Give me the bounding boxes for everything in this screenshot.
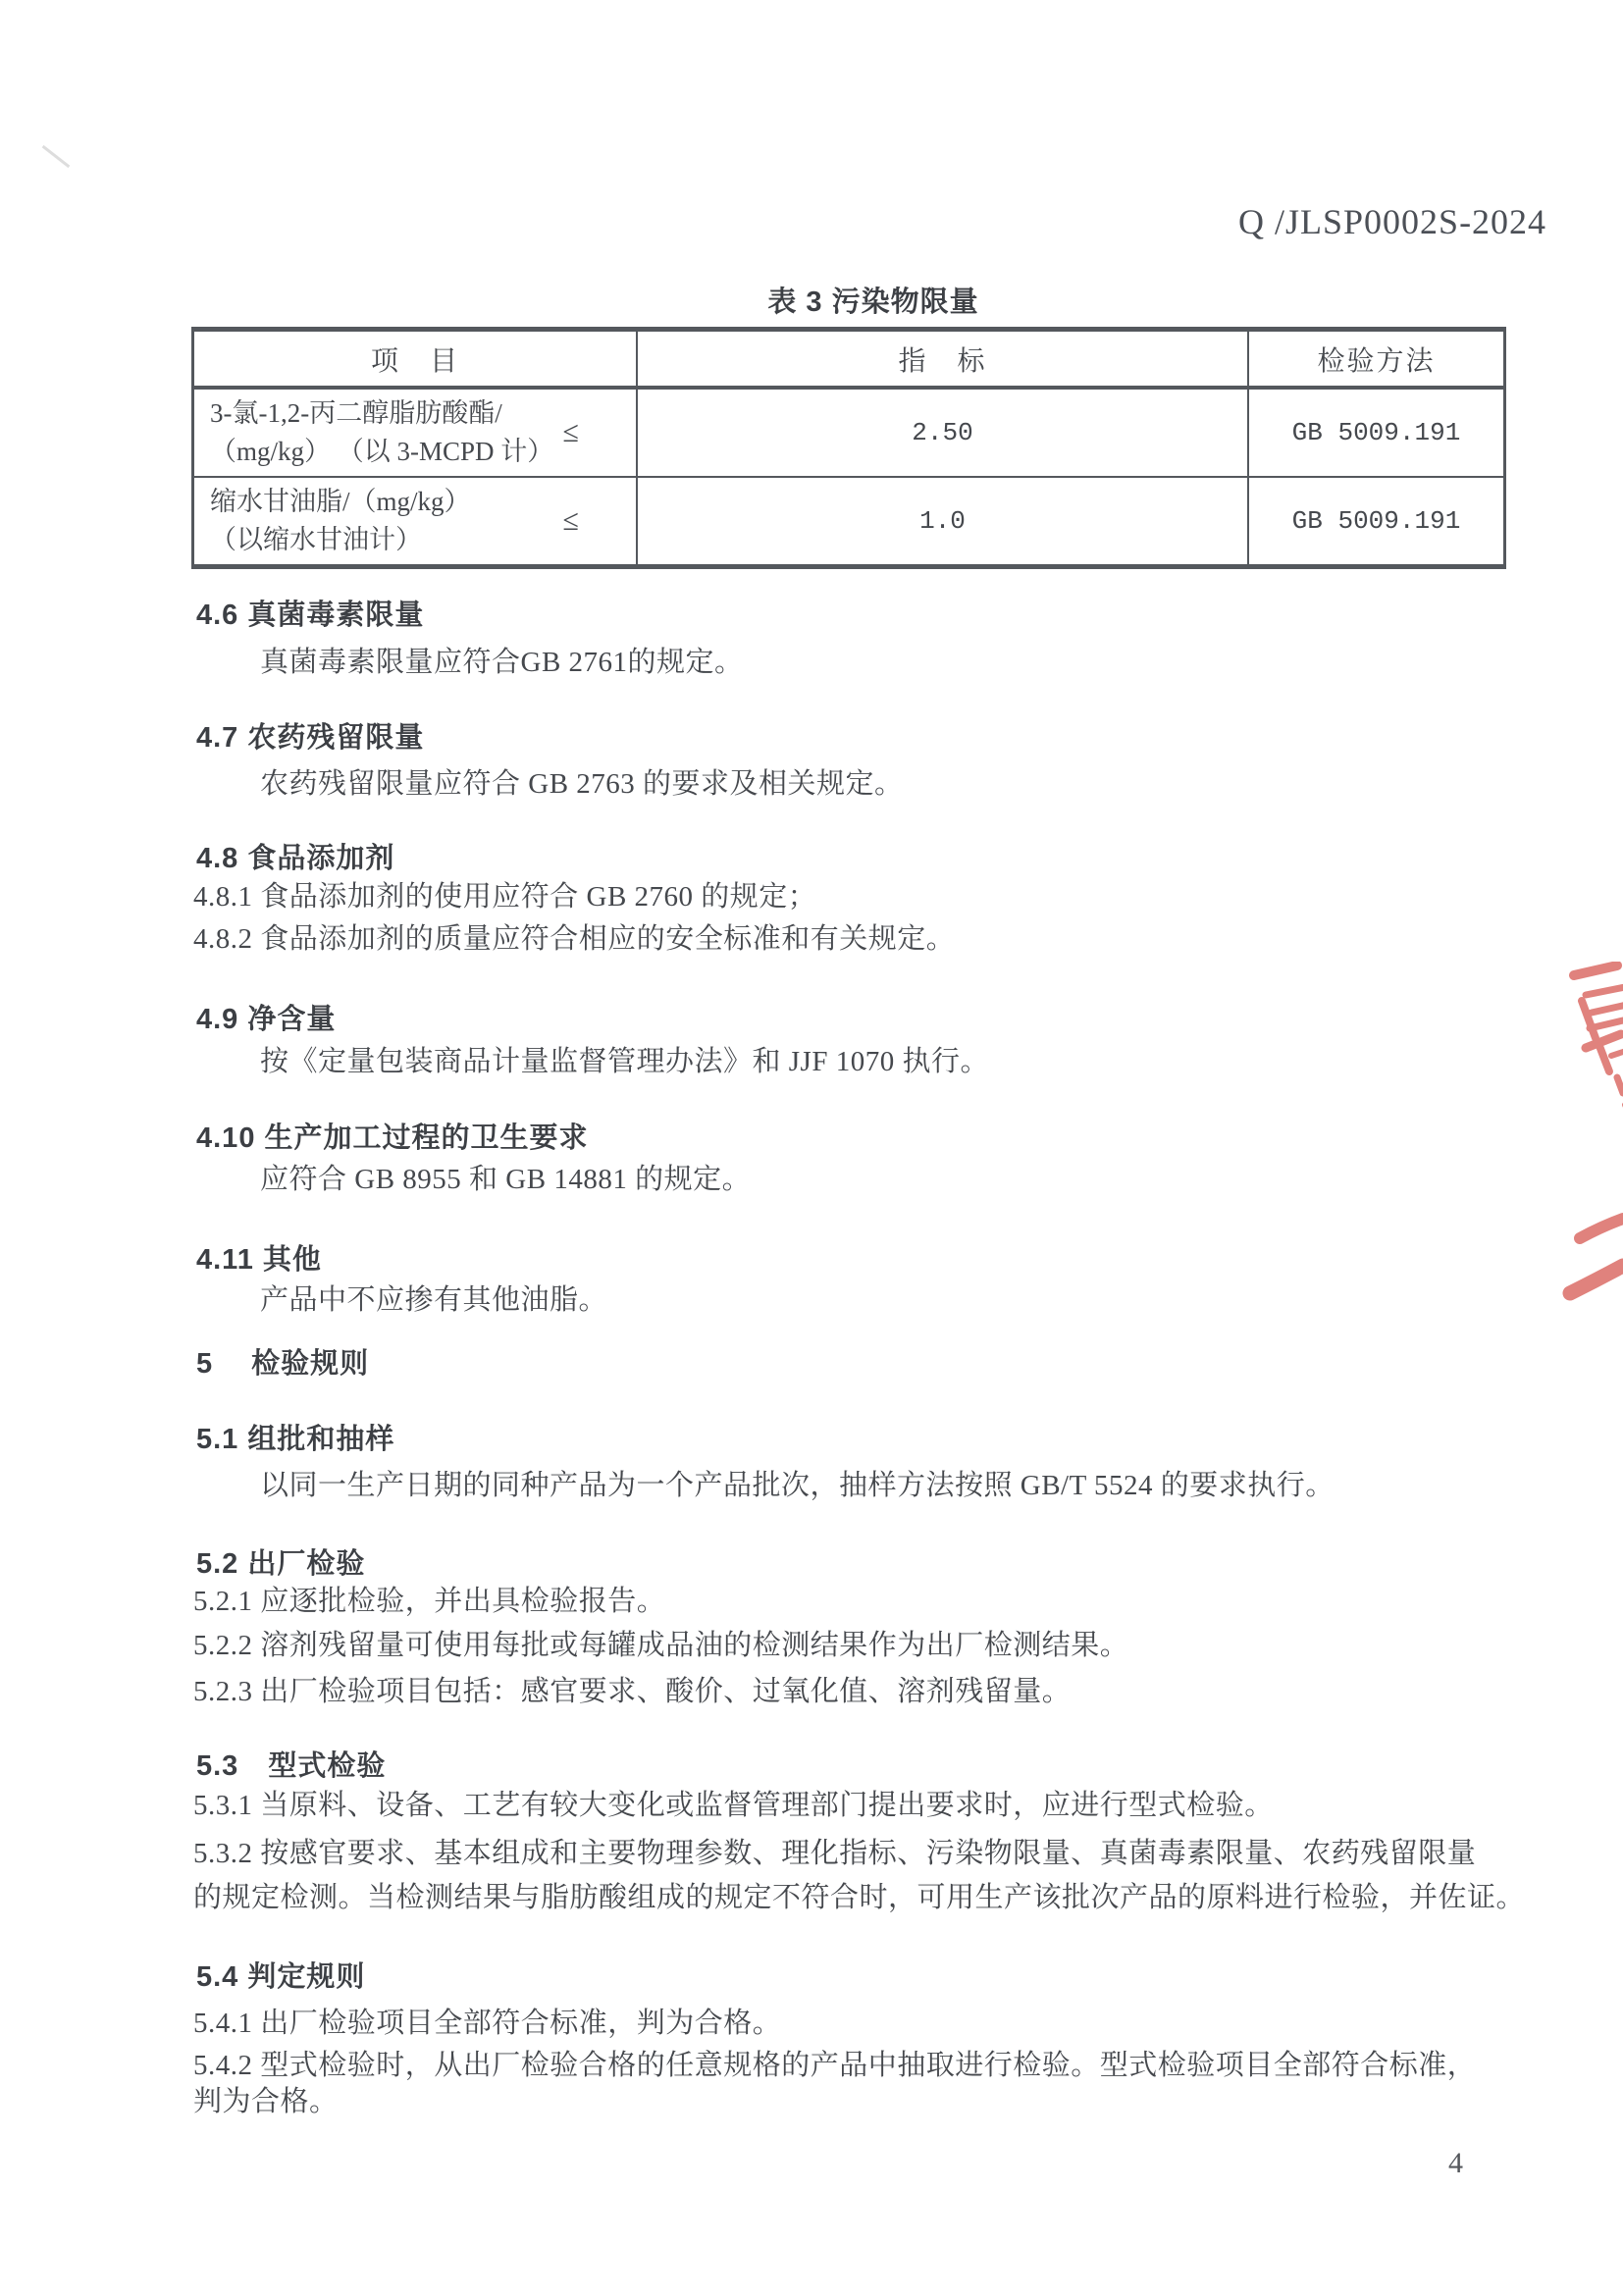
table-row: 3-氯-1,2-丙二醇脂肪酸酯/ （mg/kg） （以 3-MCPD 计） ≤ … xyxy=(194,390,1503,476)
section-4-8-2: 4.8.2 食品添加剂的质量应符合相应的安全标准和有关规定。 xyxy=(193,922,955,957)
scan-artifact xyxy=(42,145,71,168)
section-5-3-1: 5.3.1 当原料、设备、工艺有较大变化或监督管理部门提出要求时，应进行型式检验… xyxy=(193,1789,1274,1823)
section-5-4-2-line2: 判为合格。 xyxy=(193,2085,339,2119)
section-5-1-body: 以同一生产日期的同种产品为一个产品批次，抽样方法按照 GB/T 5524 的要求… xyxy=(260,1469,1335,1503)
section-4-11-heading: 4.11 其他 xyxy=(196,1243,322,1278)
table-row: 缩水甘油脂/（mg/kg） （以缩水甘油计） ≤ 1.0 GB 5009.191 xyxy=(194,476,1503,564)
cell-test-method: GB 5009.191 xyxy=(1249,390,1503,476)
less-equal-symbol: ≤ xyxy=(563,504,579,538)
cell-item-name: 3-氯-1,2-丙二醇脂肪酸酯/ （mg/kg） （以 3-MCPD 计） ≤ xyxy=(194,390,638,476)
section-4-9-body: 按《定量包装商品计量监督管理办法》和 JJF 1070 执行。 xyxy=(260,1045,989,1079)
table-header-item: 项 目 xyxy=(194,332,638,386)
section-4-6-body: 真菌毒素限量应符合GB 2761的规定。 xyxy=(260,646,744,680)
section-5-3-2-line2: 的规定检测。当检测结果与脂肪酸组成的规定不符合时，可用生产该批次产品的原料进行检… xyxy=(193,1881,1525,1915)
section-4-6-heading: 4.6 真菌毒素限量 xyxy=(196,599,424,633)
document-code: Q /JLSP0002S-2024 xyxy=(1238,201,1546,242)
section-5-1-heading: 5.1 组批和抽样 xyxy=(196,1423,394,1457)
section-5-heading: 5 检验规则 xyxy=(196,1347,369,1382)
cell-item-name: 缩水甘油脂/（mg/kg） （以缩水甘油计） ≤ xyxy=(194,478,638,564)
section-4-7-body: 农药残留限量应符合 GB 2763 的要求及相关规定。 xyxy=(260,767,904,802)
section-4-8-heading: 4.8 食品添加剂 xyxy=(196,842,394,876)
cell-indicator-value: 2.50 xyxy=(638,390,1249,476)
table-header-method: 检验方法 xyxy=(1249,332,1503,386)
page-number: 4 xyxy=(1448,2147,1463,2180)
less-equal-symbol: ≤ xyxy=(563,416,579,449)
section-5-4-1: 5.4.1 出厂检验项目全部符合标准，判为合格。 xyxy=(193,2007,781,2041)
section-5-2-1: 5.2.1 应逐批检验，并出具检验报告。 xyxy=(193,1585,665,1619)
section-4-10-heading: 4.10 生产加工过程的卫生要求 xyxy=(196,1122,589,1156)
red-stamp-upper-icon xyxy=(1566,962,1623,1119)
table-header-row: 项 目 指 标 检验方法 xyxy=(194,332,1503,390)
section-5-2-heading: 5.2 出厂检验 xyxy=(196,1547,365,1582)
document-page: Q /JLSP0002S-2024 表 3 污染物限量 项 目 指 标 检验方法… xyxy=(0,0,1623,2296)
section-5-2-2: 5.2.2 溶剂残留量可使用每批或每罐成品油的检测结果作为出厂检测结果。 xyxy=(193,1629,1128,1663)
section-5-4-2-line1: 5.4.2 型式检验时，从出厂检验合格的任意规格的产品中抽取进行检验。型式检验项… xyxy=(193,2049,1476,2083)
section-4-10-body: 应符合 GB 8955 和 GB 14881 的规定。 xyxy=(260,1163,751,1197)
section-5-3-2-line1: 5.3.2 按感官要求、基本组成和主要物理参数、理化指标、污染物限量、真菌毒素限… xyxy=(193,1837,1476,1871)
cell-indicator-value: 1.0 xyxy=(638,478,1249,564)
section-4-8-1: 4.8.1 食品添加剂的使用应符合 GB 2760 的规定； xyxy=(193,880,816,914)
section-5-3-heading: 5.3 型式检验 xyxy=(196,1749,386,1784)
section-4-9-heading: 4.9 净含量 xyxy=(196,1003,336,1037)
section-5-2-3: 5.2.3 出厂检验项目包括：感官要求、酸价、过氧化值、溶剂残留量。 xyxy=(193,1675,1071,1709)
section-5-4-heading: 5.4 判定规则 xyxy=(196,1960,365,1995)
cell-test-method: GB 5009.191 xyxy=(1249,478,1503,564)
table-3-contaminant-limits: 项 目 指 标 检验方法 3-氯-1,2-丙二醇脂肪酸酯/ （mg/kg） （以… xyxy=(191,327,1506,569)
section-4-11-body: 产品中不应掺有其他油脂。 xyxy=(260,1283,607,1318)
table-title: 表 3 污染物限量 xyxy=(191,280,1506,320)
table-header-indicator: 指 标 xyxy=(638,332,1249,386)
red-stamp-arc-icon xyxy=(1558,1203,1623,1306)
section-4-7-heading: 4.7 农药残留限量 xyxy=(196,721,424,756)
